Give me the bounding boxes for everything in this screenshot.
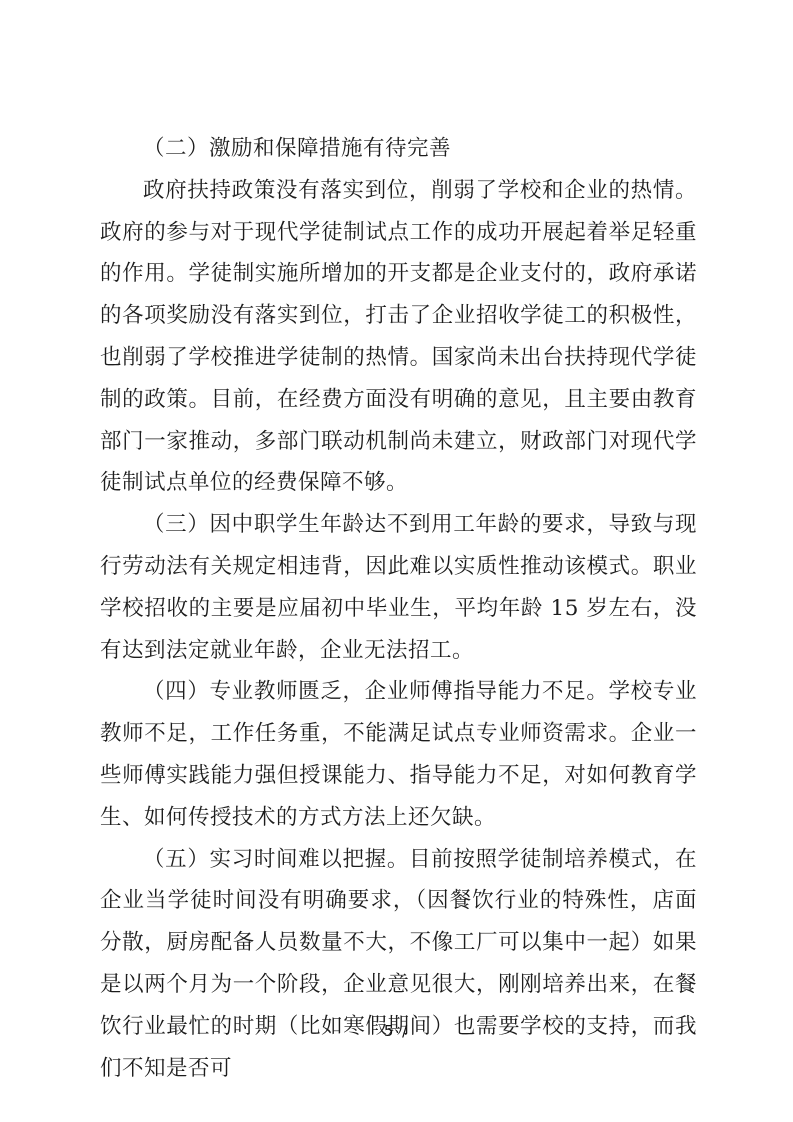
- section-heading: （二）激励和保障措施有待完善: [100, 128, 697, 170]
- paragraph-teacher-shortage: （四）专业教师匮乏，企业师傅指导能力不足。学校专业教师不足，工作任务重，不能满足…: [100, 671, 697, 838]
- document-body: （二）激励和保障措施有待完善 政府扶持政策没有落实到位，削弱了学校和企业的热情。…: [100, 128, 697, 1089]
- page-number: 5 /: [0, 1022, 793, 1040]
- document-page: （二）激励和保障措施有待完善 政府扶持政策没有落实到位，削弱了学校和企业的热情。…: [0, 0, 793, 1122]
- paragraph-internship-time: （五）实习时间难以把握。目前按照学徒制培养模式，在企业当学徒时间没有明确要求，（…: [100, 839, 697, 1090]
- paragraph-policy-support: 政府扶持政策没有落实到位，削弱了学校和企业的热情。政府的参与对于现代学徒制试点工…: [100, 170, 697, 504]
- paragraph-student-age: （三）因中职学生年龄达不到用工年龄的要求，导致与现行劳动法有关规定相违背，因此难…: [100, 504, 697, 671]
